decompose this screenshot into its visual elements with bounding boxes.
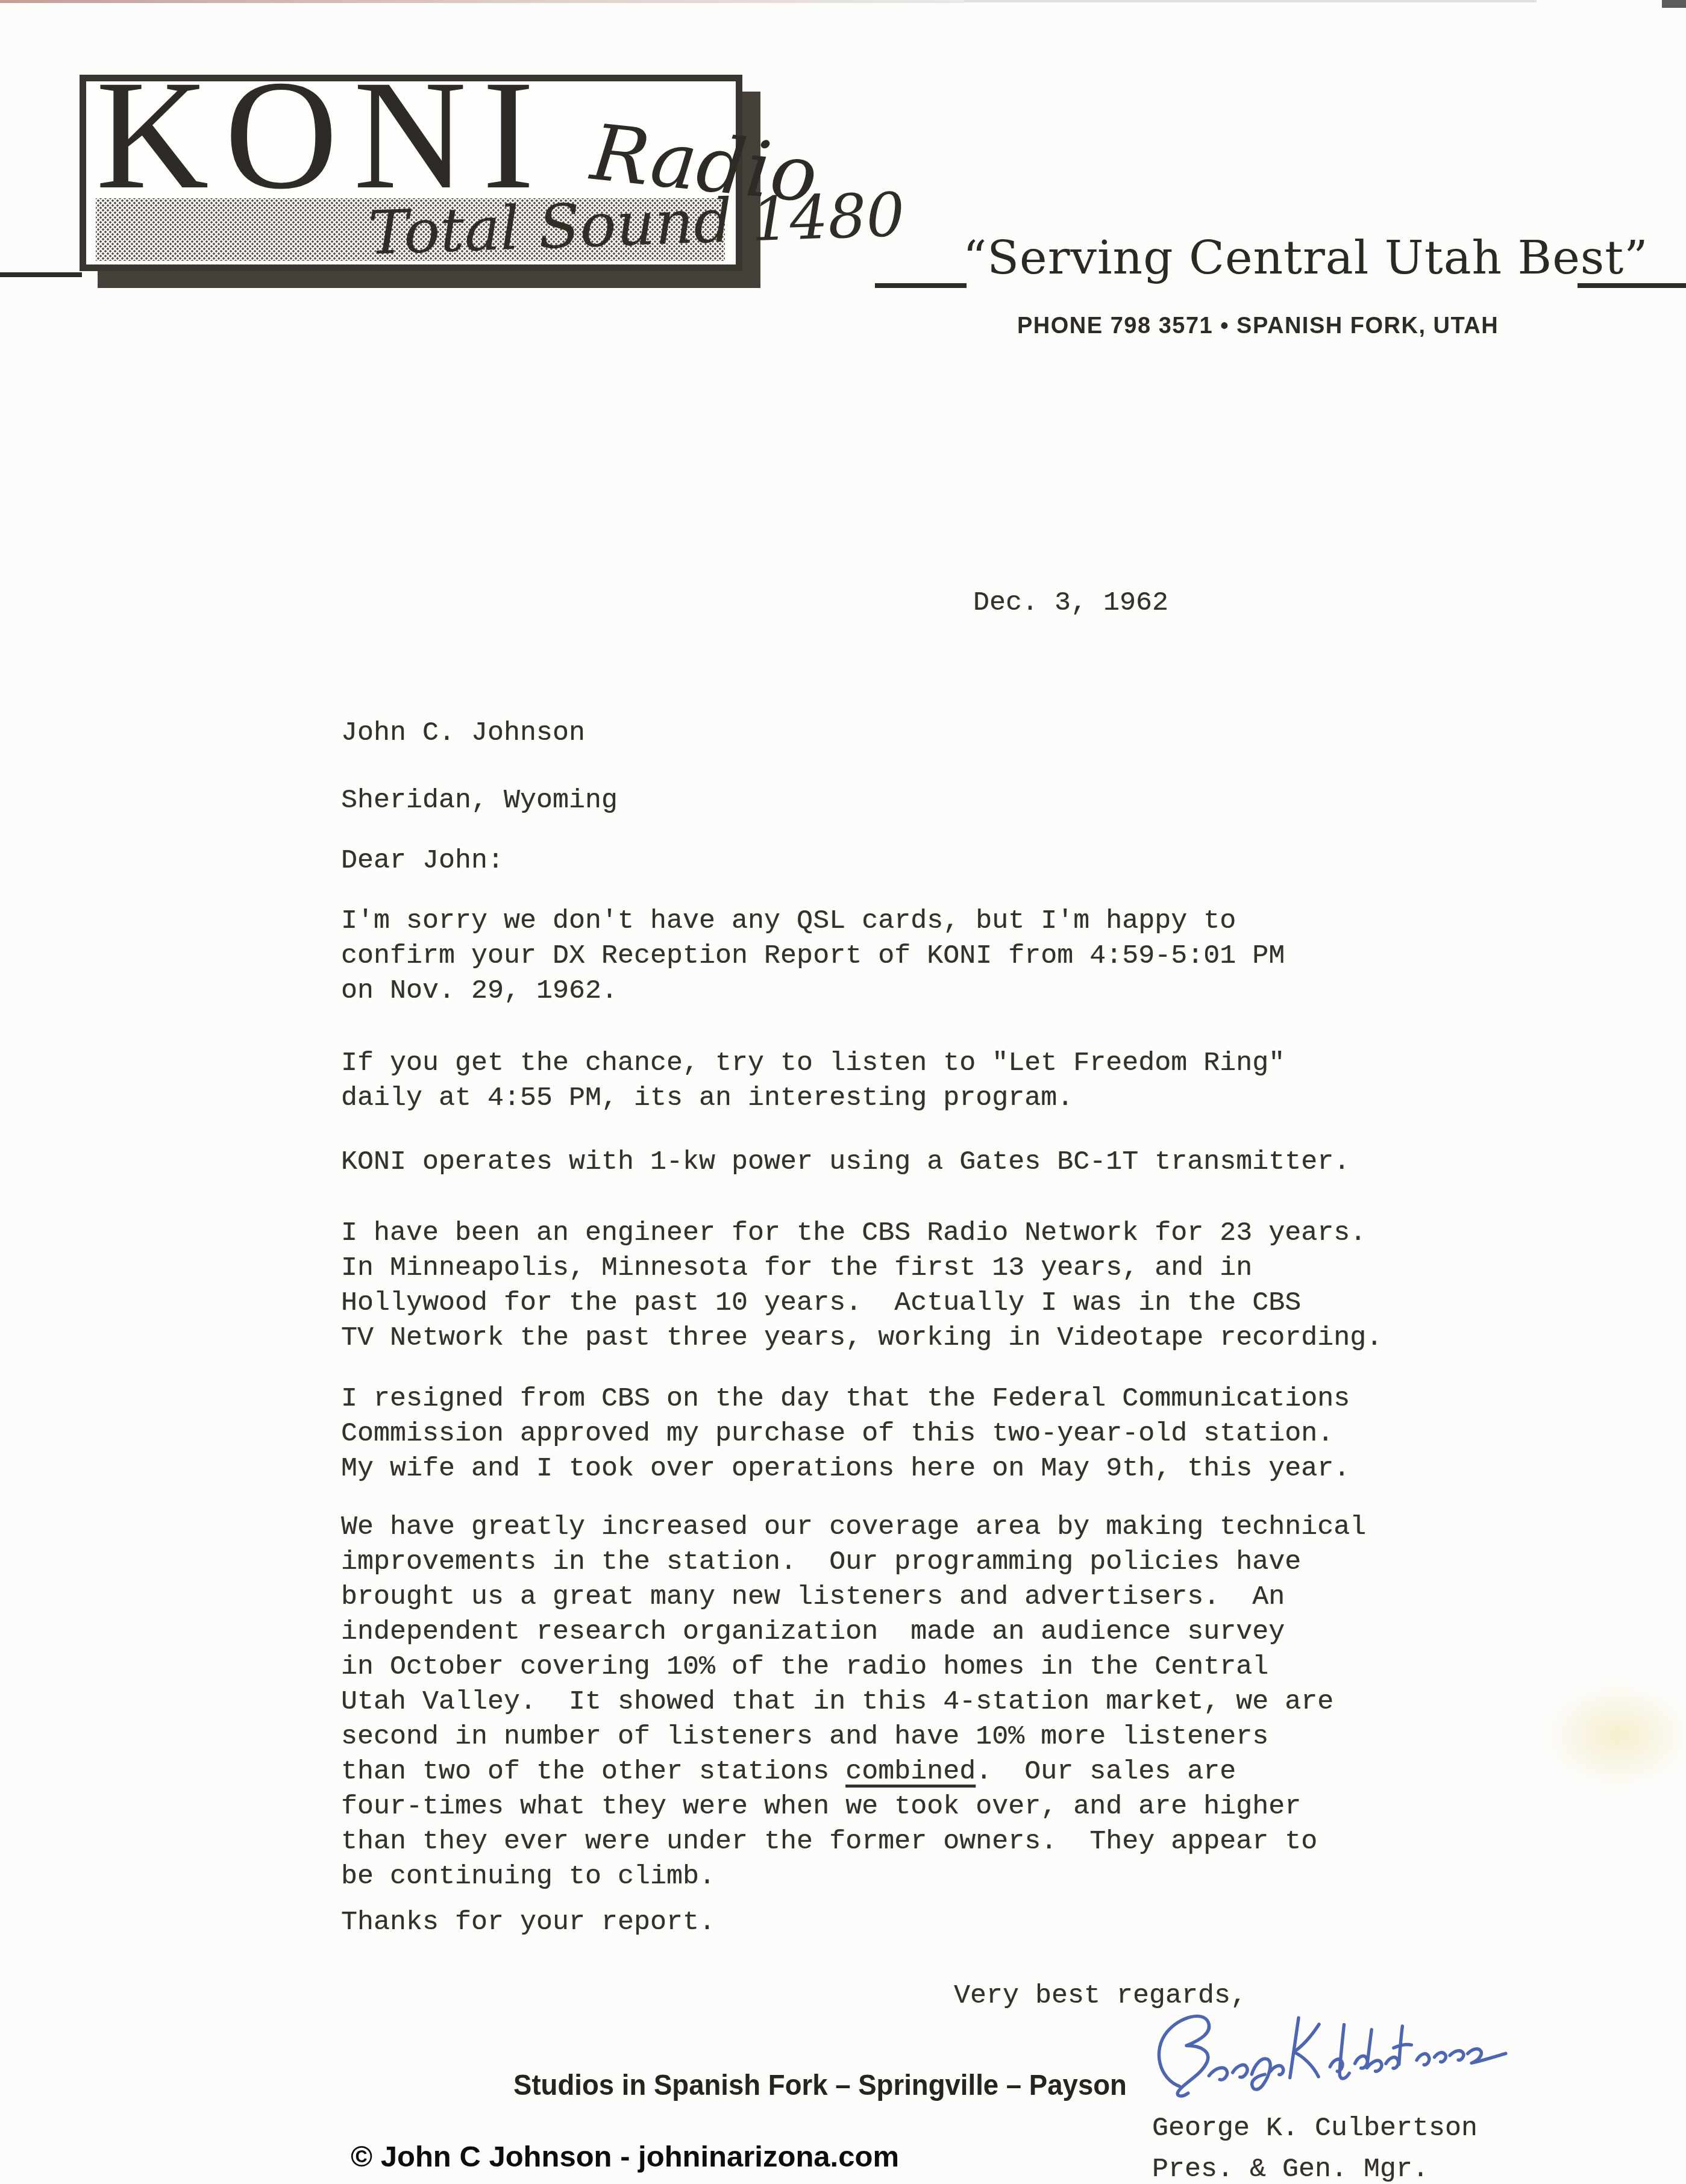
scan-corner-mark	[1662, 0, 1686, 8]
watermark: © John C Johnson - johninarizona.com	[351, 2140, 899, 2174]
signature-script	[1142, 1985, 1514, 2104]
scanned-letter-page: KONI Radio Total Sound 1480 “Serving Cen…	[0, 0, 1686, 2184]
underlined-word: combined	[845, 1756, 976, 1787]
letter-paragraph: I'm sorry we don't have any QSL cards, b…	[341, 904, 1285, 1009]
paper-stain	[1543, 1681, 1686, 1789]
typed-name: George K. Culbertson	[1152, 2111, 1478, 2146]
studios-line: Studios in Spanish Fork – Springville – …	[513, 2068, 1127, 2103]
letterhead-rule-left	[0, 272, 82, 277]
letter-paragraph: I resigned from CBS on the day that the …	[341, 1381, 1350, 1486]
letter-paragraph: I have been an engineer for the CBS Radi…	[341, 1216, 1382, 1356]
letter-paragraph: KONI operates with 1-kw power using a Ga…	[341, 1145, 1350, 1180]
letter-paragraph: If you get the chance, try to listen to …	[341, 1046, 1285, 1116]
typed-title: Pres. & Gen. Mgr.	[1152, 2152, 1429, 2184]
letter-body: I'm sorry we don't have any QSL cards, b…	[341, 0, 1426, 2184]
letter-paragraph: Thanks for your report.	[341, 1905, 715, 1940]
letter-paragraph: We have greatly increased our coverage a…	[341, 1510, 1366, 1894]
